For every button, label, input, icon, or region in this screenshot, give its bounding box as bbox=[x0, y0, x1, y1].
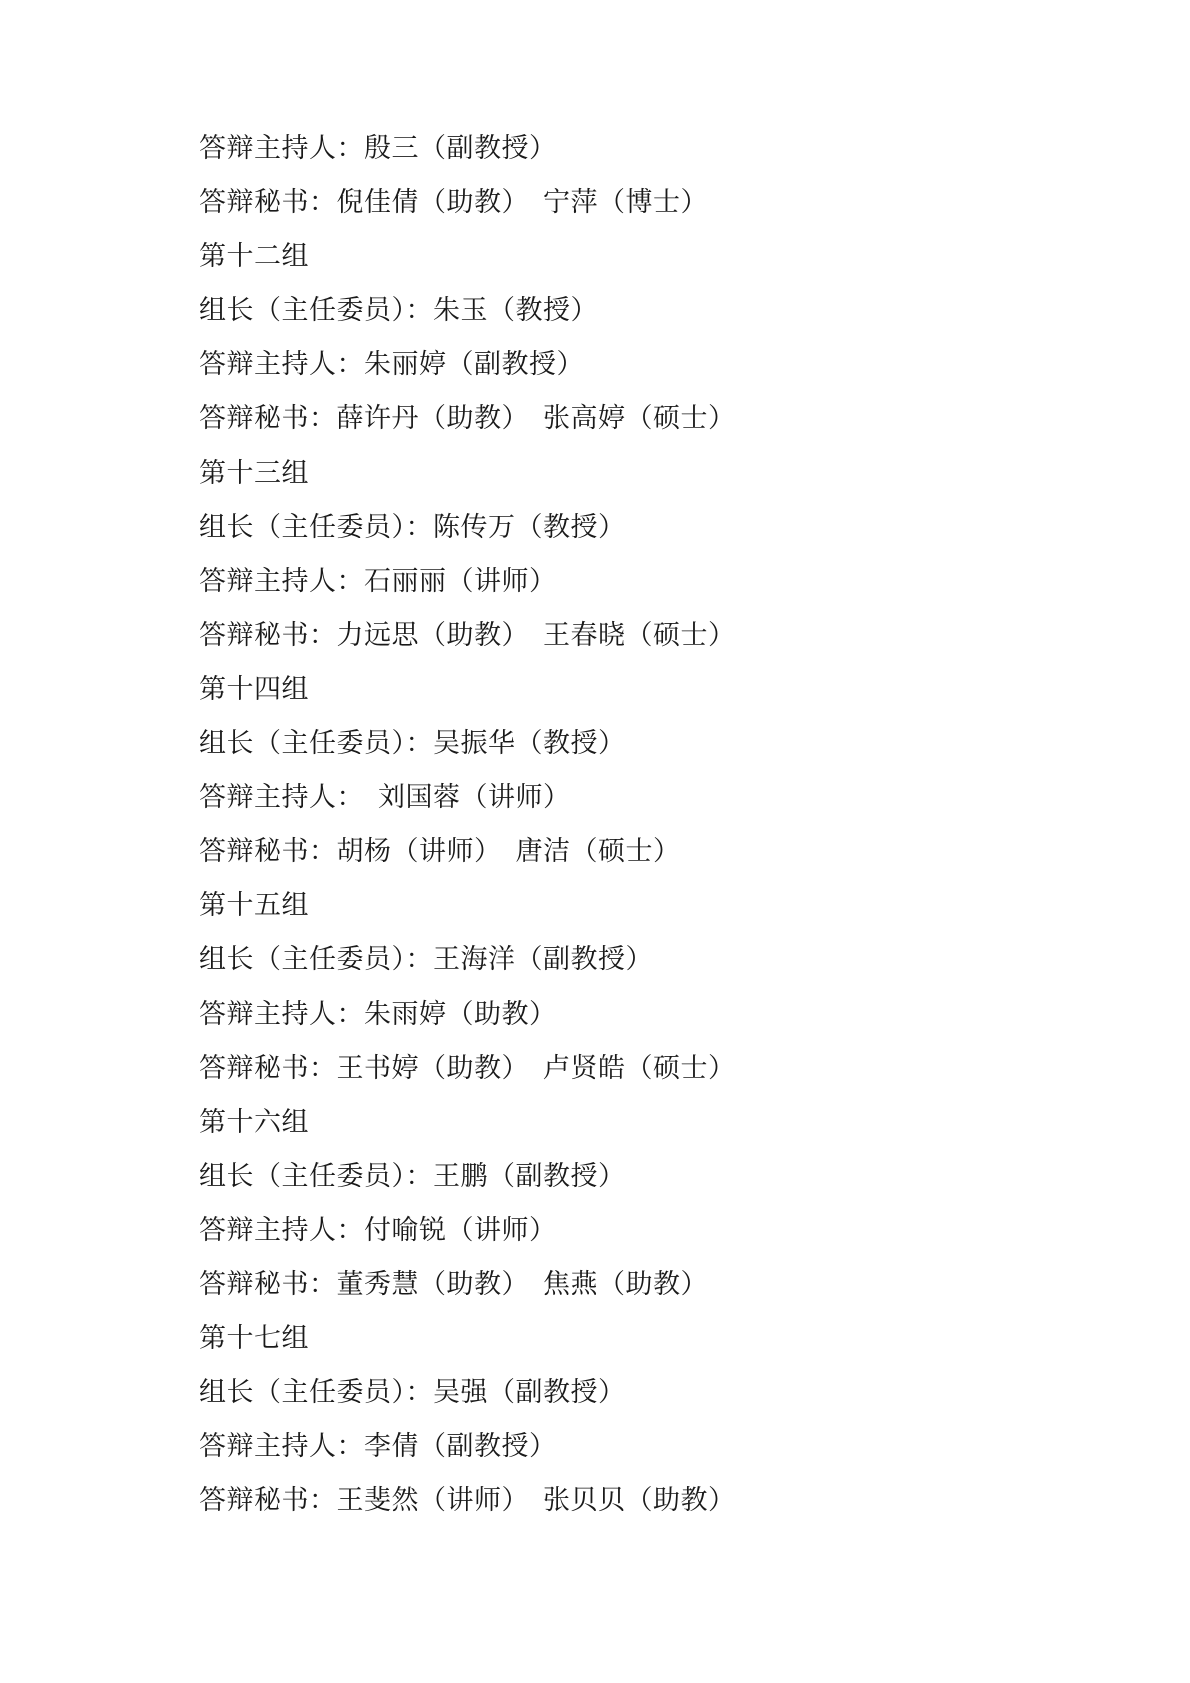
line-label: 答辩主持人： bbox=[199, 349, 364, 379]
group-heading: 第十五组 bbox=[199, 878, 1099, 932]
line-text: 倪佳倩（助教） 宁萍（博士） bbox=[337, 187, 709, 217]
secretary-line: 答辩秘书：胡杨（讲师） 唐洁（硕士） bbox=[199, 824, 1099, 878]
group-heading: 第十四组 bbox=[199, 662, 1099, 716]
secretary-line: 答辩秘书：董秀慧（助教） 焦燕（助教） bbox=[199, 1257, 1099, 1311]
line-label: 答辩主持人： bbox=[199, 133, 364, 163]
line-label: 答辩秘书： bbox=[199, 620, 337, 650]
leader-line: 组长（主任委员）：吴振华（教授） bbox=[199, 716, 1099, 770]
line-text: 王海洋（副教授） bbox=[433, 944, 653, 974]
line-label: 组长（主任委员）： bbox=[199, 512, 433, 542]
line-label: 组长（主任委员）： bbox=[199, 1377, 433, 1407]
host-line: 答辩主持人：殷三（副教授） bbox=[199, 121, 1099, 175]
leader-line: 组长（主任委员）：吴强（副教授） bbox=[199, 1365, 1099, 1419]
host-line: 答辩主持人：付喻锐（讲师） bbox=[199, 1203, 1099, 1257]
group-title: 第十四组 bbox=[199, 674, 309, 704]
line-text: 吴振华（教授） bbox=[433, 728, 626, 758]
line-label: 答辩秘书： bbox=[199, 187, 337, 217]
host-line: 答辩主持人：朱丽婷（副教授） bbox=[199, 337, 1099, 391]
host-line: 答辩主持人：李倩（副教授） bbox=[199, 1419, 1099, 1473]
secretary-line: 答辩秘书：力远思（助教） 王春晓（硕士） bbox=[199, 608, 1099, 662]
line-text: 朱玉（教授） bbox=[433, 295, 598, 325]
group-title: 第十三组 bbox=[199, 458, 309, 488]
line-text: 朱雨婷（助教） bbox=[364, 999, 557, 1029]
group-heading: 第十六组 bbox=[199, 1095, 1099, 1149]
line-label: 答辩主持人： bbox=[199, 999, 364, 1029]
group-heading: 第十三组 bbox=[199, 446, 1099, 500]
line-text: 石丽丽（讲师） bbox=[364, 566, 557, 596]
line-text: 力远思（助教） 王春晓（硕士） bbox=[337, 620, 736, 650]
leader-line: 组长（主任委员）：王海洋（副教授） bbox=[199, 932, 1099, 986]
line-text: 胡杨（讲师） 唐洁（硕士） bbox=[337, 836, 681, 866]
leader-line: 组长（主任委员）：王鹏（副教授） bbox=[199, 1149, 1099, 1203]
line-text: 陈传万（教授） bbox=[433, 512, 626, 542]
line-text: 王书婷（助教） 卢贤皓（硕士） bbox=[337, 1053, 736, 1083]
line-label: 答辩秘书： bbox=[199, 1053, 337, 1083]
document-page: 答辩主持人：殷三（副教授） 答辩秘书：倪佳倩（助教） 宁萍（博士） 第十二组 组… bbox=[199, 121, 1099, 1527]
secretary-line: 答辩秘书：王书婷（助教） 卢贤皓（硕士） bbox=[199, 1041, 1099, 1095]
line-label: 答辩秘书： bbox=[199, 403, 337, 433]
line-text: 殷三（副教授） bbox=[364, 133, 557, 163]
line-label: 答辩秘书： bbox=[199, 1485, 337, 1515]
host-line: 答辩主持人：石丽丽（讲师） bbox=[199, 554, 1099, 608]
line-label: 答辩秘书： bbox=[199, 1269, 337, 1299]
line-label: 答辩秘书： bbox=[199, 836, 337, 866]
group-title: 第十七组 bbox=[199, 1323, 309, 1353]
group-title: 第十五组 bbox=[199, 890, 309, 920]
line-text: 董秀慧（助教） 焦燕（助教） bbox=[337, 1269, 709, 1299]
line-text: 吴强（副教授） bbox=[433, 1377, 626, 1407]
host-line: 答辩主持人：朱雨婷（助教） bbox=[199, 987, 1099, 1041]
line-label: 答辩主持人： bbox=[199, 566, 364, 596]
line-label: 组长（主任委员）： bbox=[199, 1161, 433, 1191]
leader-line: 组长（主任委员）：陈传万（教授） bbox=[199, 500, 1099, 554]
secretary-line: 答辩秘书：薛许丹（助教） 张高婷（硕士） bbox=[199, 391, 1099, 445]
secretary-line: 答辩秘书：倪佳倩（助教） 宁萍（博士） bbox=[199, 175, 1099, 229]
line-text: 李倩（副教授） bbox=[364, 1431, 557, 1461]
group-heading: 第十二组 bbox=[199, 229, 1099, 283]
secretary-line: 答辩秘书：王斐然（讲师） 张贝贝（助教） bbox=[199, 1473, 1099, 1527]
group-title: 第十二组 bbox=[199, 241, 309, 271]
line-text: 王斐然（讲师） 张贝贝（助教） bbox=[337, 1485, 736, 1515]
group-heading: 第十七组 bbox=[199, 1311, 1099, 1365]
line-label: 答辩主持人： bbox=[199, 1431, 364, 1461]
line-text: 付喻锐（讲师） bbox=[364, 1215, 557, 1245]
line-label: 答辩主持人： bbox=[199, 1215, 364, 1245]
line-label: 组长（主任委员）： bbox=[199, 728, 433, 758]
line-label: 答辩主持人： bbox=[199, 782, 351, 812]
host-line: 答辩主持人： 刘国蓉（讲师） bbox=[199, 770, 1099, 824]
line-text: 薛许丹（助教） 张高婷（硕士） bbox=[337, 403, 736, 433]
line-text: 刘国蓉（讲师） bbox=[351, 782, 571, 812]
line-text: 王鹏（副教授） bbox=[433, 1161, 626, 1191]
group-title: 第十六组 bbox=[199, 1107, 309, 1137]
line-text: 朱丽婷（副教授） bbox=[364, 349, 584, 379]
line-label: 组长（主任委员）： bbox=[199, 295, 433, 325]
line-label: 组长（主任委员）： bbox=[199, 944, 433, 974]
leader-line: 组长（主任委员）：朱玉（教授） bbox=[199, 283, 1099, 337]
